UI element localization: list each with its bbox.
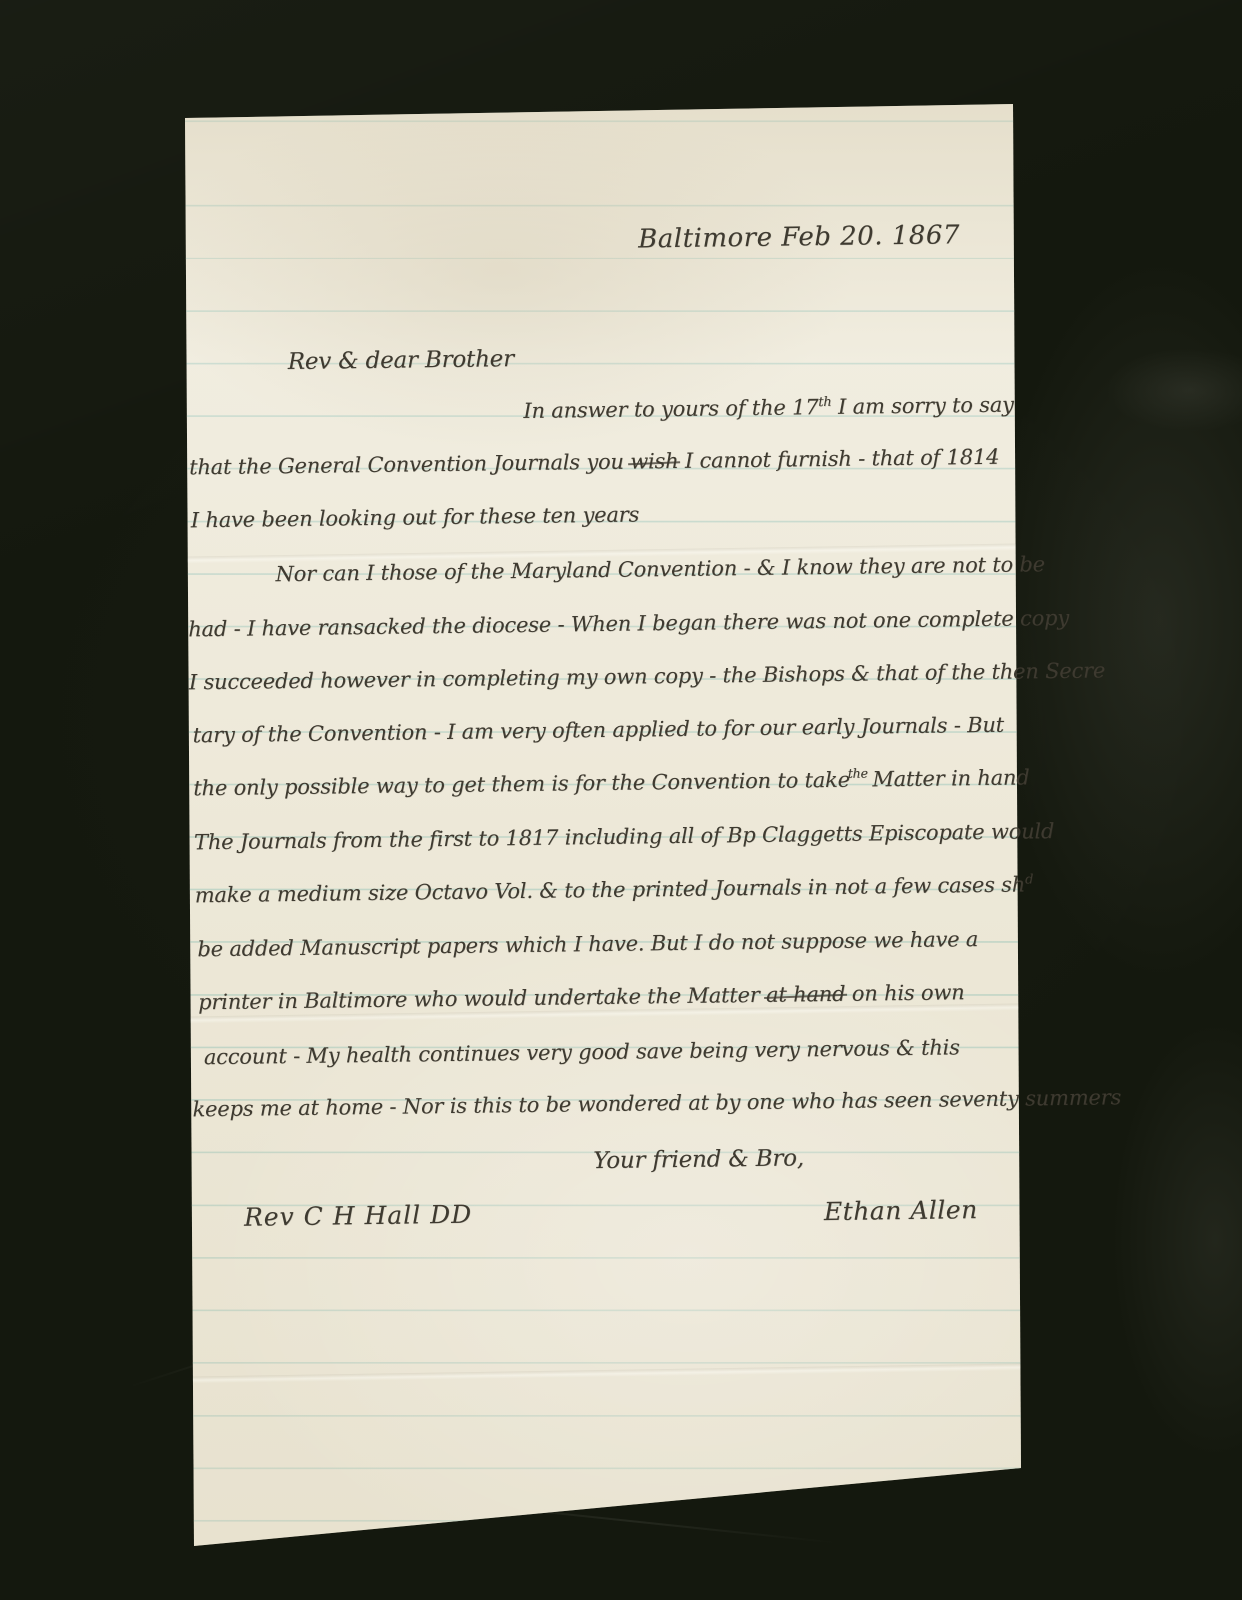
letter-line: printer in Baltimore who would undertake… — [198, 980, 965, 1014]
handwriting-text: I have been looking out for these ten ye… — [191, 502, 640, 532]
letter-line: that the General Convention Journals you… — [189, 445, 999, 480]
superscript-text: th — [818, 395, 831, 410]
letter-text-layer: Baltimore Feb 20. 1867 Rev & dear Brothe… — [0, 0, 1242, 1600]
handwriting-text: make a medium size Octavo Vol. & to the … — [195, 872, 1026, 907]
handwriting-text: be added Manuscript papers which I have.… — [197, 927, 978, 961]
handwriting-text: that the General Convention Journals you — [189, 450, 630, 480]
handwriting-text: tary of the Convention - I am very often… — [192, 713, 1004, 748]
letter-body: In answer to yours of the 17th I am sorr… — [0, 0, 1232, 8]
letter-line: I succeeded however in completing my own… — [189, 658, 1106, 694]
letter-salutation: Rev & dear Brother — [288, 346, 515, 375]
inserted-above-line-text: the — [848, 765, 868, 780]
letter-dateline: Baltimore Feb 20. 1867 — [638, 220, 960, 254]
letter-line: tary of the Convention - I am very often… — [192, 713, 1004, 748]
handwriting-text: I cannot furnish - that of 1814 — [678, 445, 999, 473]
letter-line: be added Manuscript papers which I have.… — [197, 927, 978, 961]
handwriting-text: I succeeded however in completing my own… — [189, 658, 1106, 694]
handwriting-text: The Journals from the first to 1817 incl… — [194, 819, 1054, 854]
handwriting-text: In answer to yours of the 17 — [523, 395, 818, 423]
superscript-text: d — [1025, 872, 1033, 887]
struck-out-text: at hand — [766, 982, 846, 1007]
letter-closing: Your friend & Bro, — [593, 1145, 804, 1174]
letter-line: make a medium size Octavo Vol. & to the … — [195, 872, 1034, 907]
photo-background: Baltimore Feb 20. 1867 Rev & dear Brothe… — [0, 0, 1242, 1600]
letter-line: the only possible way to get them is for… — [193, 765, 1029, 800]
handwriting-text: keeps me at home - Nor is this to be won… — [192, 1085, 1121, 1121]
handwriting-text: I am sorry to say — [831, 393, 1013, 419]
letter-line: keeps me at home - Nor is this to be won… — [192, 1085, 1121, 1121]
handwriting-text: Matter in hand — [866, 765, 1030, 791]
handwriting-text: the only possible way to get them is for… — [193, 768, 850, 801]
handwriting-text: Nor can I those of the Maryland Conventi… — [275, 552, 1045, 586]
handwriting-text: on his own — [845, 980, 964, 1006]
letter-signature: Ethan Allen — [824, 1195, 978, 1226]
handwriting-text: had - I have ransacked the diocese - Whe… — [188, 606, 1069, 642]
letter-line: I have been looking out for these ten ye… — [191, 502, 640, 532]
letter-line: account - My health continues very good … — [204, 1035, 960, 1069]
letter-line: Nor can I those of the Maryland Conventi… — [275, 552, 1045, 586]
handwriting-text: printer in Baltimore who would undertake… — [198, 983, 766, 1014]
letter-line: The Journals from the first to 1817 incl… — [194, 819, 1054, 854]
struck-out-text: wish — [630, 449, 679, 474]
letter-addressee: Rev C H Hall DD — [244, 1200, 473, 1232]
letter-line: In answer to yours of the 17th I am sorr… — [523, 393, 1014, 423]
handwriting-text: account - My health continues very good … — [204, 1035, 960, 1069]
letter-line: had - I have ransacked the diocese - Whe… — [188, 606, 1069, 642]
